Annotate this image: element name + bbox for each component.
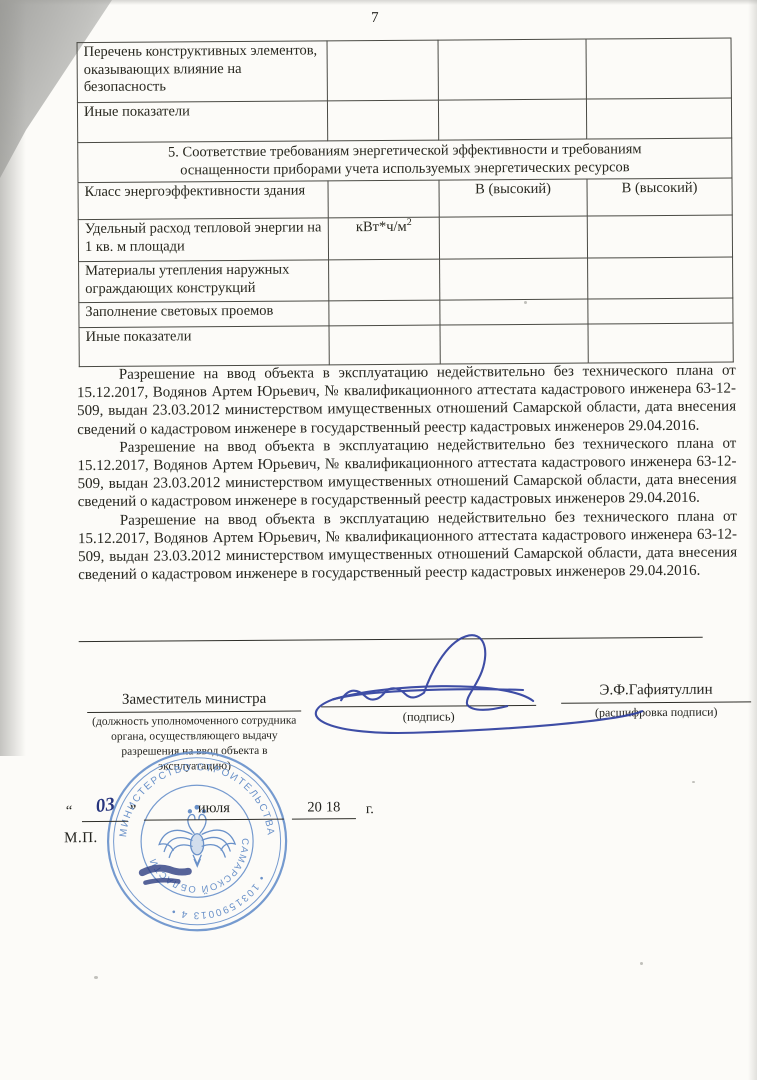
table-cell-empty	[440, 299, 588, 325]
section5-header: 5. Соответствие требованиям энергетическ…	[78, 138, 732, 183]
table-cell-empty	[329, 259, 440, 301]
table-cell-empty	[328, 180, 439, 218]
date-line: “ 03 ” июля 2018 г.	[66, 796, 396, 828]
seal-place-label: М.П.	[64, 830, 98, 847]
table-section-header-row: 5. Соответствие требованиям энергетическ…	[78, 138, 732, 183]
table-row: Иные показатели	[77, 98, 731, 143]
table-row: Удельный расход тепловой энергии на 1 кв…	[78, 215, 732, 262]
row-label-insulation-materials: Материалы утепления наружных ограждающих…	[79, 260, 329, 303]
row-label-other-indicators-2: Иные показатели	[79, 326, 329, 367]
handwritten-signature	[293, 626, 646, 748]
permit-note-paragraphs: Разрешение на ввод объекта в эксплуатаци…	[77, 362, 738, 585]
row-label-heat-consumption: Удельный расход тепловой энергии на 1 кв…	[78, 218, 328, 262]
table-row: Класс энергоэффективности здания В (высо…	[78, 178, 732, 220]
permit-note-paragraph: Разрешение на ввод объекта в эксплуатаци…	[77, 434, 736, 511]
quote-open: “	[66, 803, 73, 820]
year-field: 2018	[292, 796, 356, 819]
indicators-table: Перечень конструктивных элементов, оказы…	[77, 38, 734, 368]
permit-note-paragraph: Разрешение на ввод объекта в эксплуатаци…	[77, 362, 736, 439]
unit-text: кВт*ч/м	[356, 219, 407, 235]
year-prefix: 20	[307, 799, 322, 815]
table-row: Материалы утепления наружных ограждающих…	[79, 257, 733, 303]
section5-header-line2: оснащенности приборами учета используемы…	[88, 158, 721, 180]
table-cell-empty	[439, 216, 587, 259]
table-cell-empty	[586, 98, 731, 139]
era-suffix: г.	[366, 801, 374, 818]
table-cell-empty	[438, 39, 586, 100]
table-cell-empty	[440, 324, 588, 364]
document-content: 7 Перечень конструктивных элементов, ока…	[0, 0, 757, 1080]
table-cell-empty	[586, 38, 731, 99]
table-cell-empty	[588, 323, 733, 363]
table-row: Иные показатели	[79, 323, 733, 367]
month-field: июля	[144, 797, 284, 821]
row-label-constructive-elements: Перечень конструктивных элементов, оказы…	[77, 41, 327, 103]
year-value: 18	[326, 799, 341, 815]
table-cell-empty	[327, 40, 438, 101]
ministry-round-seal: МИНИСТЕРСТВО СТРОИТЕЛЬСТВА • 1031590013 …	[103, 748, 290, 935]
table-cell-empty	[438, 99, 586, 140]
table-cell-empty	[329, 325, 440, 365]
row-label-glazing: Заполнение световых проемов	[79, 301, 329, 328]
permit-note-paragraph: Разрешение на ввод объекта в эксплуатаци…	[78, 507, 737, 584]
quote-close: ”	[130, 803, 137, 820]
row-label-energy-class: Класс энергоэффективности здания	[78, 181, 328, 220]
energy-class-value-2: В (высокий)	[587, 178, 732, 216]
official-position-title: Заместитель министра	[87, 691, 301, 713]
handwritten-day: 03	[94, 794, 116, 818]
unit-superscript: 2	[407, 217, 412, 228]
table-cell-empty	[327, 100, 438, 141]
row-label-other-indicators: Иные показатели	[77, 101, 327, 143]
table-cell-empty	[588, 257, 733, 299]
page-number: 7	[0, 7, 753, 29]
scanned-document-page: 7 Перечень конструктивных элементов, ока…	[0, 0, 757, 1080]
day-field: 03	[82, 798, 128, 822]
table-cell-empty	[329, 300, 440, 326]
table-row: Перечень конструктивных элементов, оказы…	[77, 38, 731, 103]
table-cell-empty	[588, 298, 733, 324]
table-cell-empty	[587, 215, 732, 258]
heat-consumption-unit: кВт*ч/м2	[328, 217, 439, 260]
energy-class-value-1: В (высокий)	[439, 179, 587, 217]
table-cell-empty	[440, 258, 588, 300]
